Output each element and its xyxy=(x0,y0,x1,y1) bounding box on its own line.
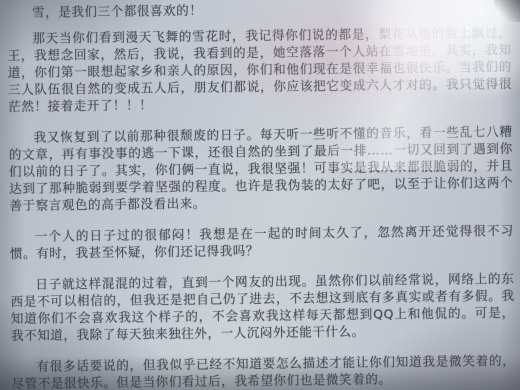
screen-photo: 雪，是我们三个都很喜欢的！ 那天当你们看到漫天飞舞的雪花时，我记得你们说的都是，… xyxy=(0,0,520,390)
paragraph: 那天当你们看到漫天飞舞的雪花时，我记得你们说的都是，梨花从她的脸上飘过，王，我想… xyxy=(7,24,512,115)
paragraph: 有很多话要说的，但我似乎已经不知道要怎么描述才能让你们知道我是微笑着的，尽管不是… xyxy=(11,352,515,390)
paragraph: 日子就这样混混的过着，直到一个网友的出现。虽然你们以前经常说，网络上的东西是不可… xyxy=(10,270,515,344)
document-opening-line: 雪，是我们三个都很喜欢的！ xyxy=(7,0,511,21)
paragraph: 一个人的日子过的很郁闷！我想是在一起的时间太久了，忽然离开还觉得很不习惯。有时，… xyxy=(10,222,514,262)
text-document: 雪，是我们三个都很喜欢的！ 那天当你们看到漫天飞舞的雪花时，我记得你们说的都是，… xyxy=(7,0,516,390)
paragraph: 我又恢复到了以前那种很颓废的日子。每天听一些听不懂的音乐，看一些乱七八糟的文章，… xyxy=(9,123,514,214)
